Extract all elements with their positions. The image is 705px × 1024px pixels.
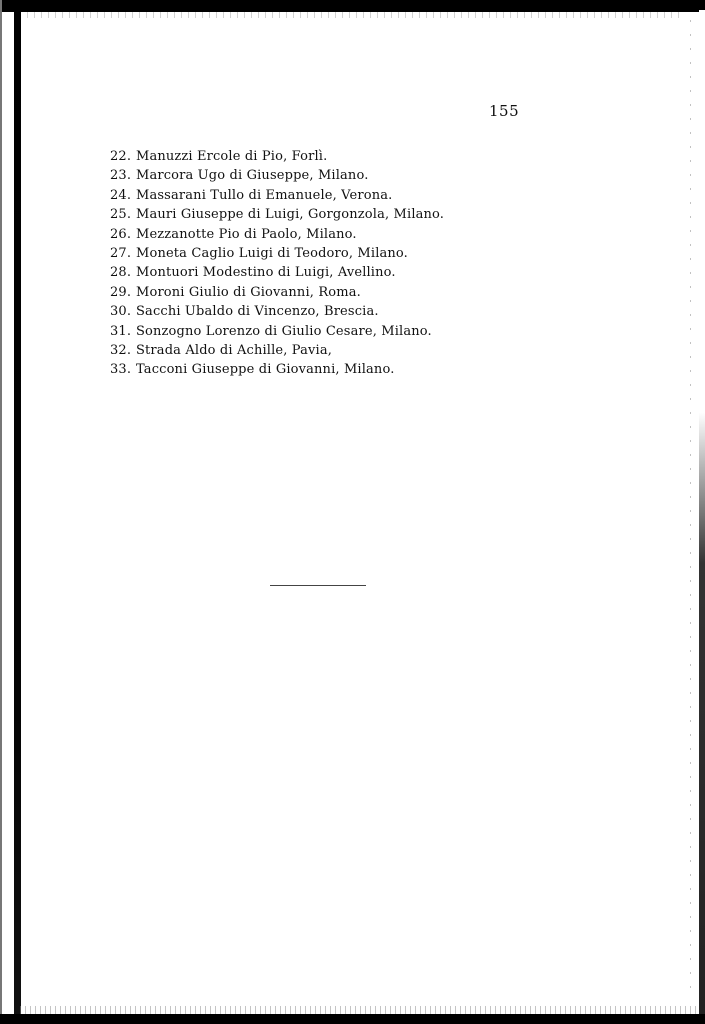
list-item: 26.Mezzanotte Pio di Paolo, Milano. bbox=[110, 225, 444, 244]
entry-text: Moroni Giulio di Giovanni, Roma. bbox=[136, 285, 361, 300]
section-separator-rule bbox=[270, 585, 366, 586]
entry-text: Marcora Ugo di Giuseppe, Milano. bbox=[136, 168, 369, 183]
list-item: 25.Mauri Giuseppe di Luigi, Gorgonzola, … bbox=[110, 205, 444, 224]
entry-text: Massarani Tullo di Emanuele, Verona. bbox=[136, 188, 392, 203]
list-item: 29.Moroni Giulio di Giovanni, Roma. bbox=[110, 283, 444, 302]
page-edge-right bbox=[699, 10, 705, 1016]
book-spine-shadow bbox=[14, 10, 21, 1016]
list-item: 33.Tacconi Giuseppe di Giovanni, Milano. bbox=[110, 360, 444, 379]
entry-number: 27. bbox=[110, 244, 136, 263]
entry-number: 22. bbox=[110, 147, 136, 166]
scan-border-top bbox=[0, 0, 705, 12]
scan-noise-bottom bbox=[20, 1006, 700, 1014]
entry-text: Strada Aldo di Achille, Pavia, bbox=[136, 343, 332, 358]
page-number: 155 bbox=[489, 102, 519, 120]
list-item: 24.Massarani Tullo di Emanuele, Verona. bbox=[110, 186, 444, 205]
entry-number: 24. bbox=[110, 186, 136, 205]
entry-number: 29. bbox=[110, 283, 136, 302]
name-list: 22.Manuzzi Ercole di Pio, Forlì. 23.Marc… bbox=[110, 147, 444, 380]
entry-text: Tacconi Giuseppe di Giovanni, Milano. bbox=[136, 362, 395, 377]
entry-number: 26. bbox=[110, 225, 136, 244]
entry-text: Montuori Modestino di Luigi, Avellino. bbox=[136, 265, 396, 280]
entry-number: 33. bbox=[110, 360, 136, 379]
list-item: 30.Sacchi Ubaldo di Vincenzo, Brescia. bbox=[110, 302, 444, 321]
entry-number: 32. bbox=[110, 341, 136, 360]
scan-noise-right bbox=[690, 20, 691, 1000]
list-item: 23.Marcora Ugo di Giuseppe, Milano. bbox=[110, 166, 444, 185]
entry-text: Sonzogno Lorenzo di Giulio Cesare, Milan… bbox=[136, 324, 432, 339]
list-item: 31.Sonzogno Lorenzo di Giulio Cesare, Mi… bbox=[110, 322, 444, 341]
entry-number: 23. bbox=[110, 166, 136, 185]
entry-number: 30. bbox=[110, 302, 136, 321]
entry-text: Manuzzi Ercole di Pio, Forlì. bbox=[136, 149, 327, 164]
list-item: 28.Montuori Modestino di Luigi, Avellino… bbox=[110, 263, 444, 282]
scan-border-bottom bbox=[0, 1014, 705, 1024]
entry-text: Mauri Giuseppe di Luigi, Gorgonzola, Mil… bbox=[136, 207, 444, 222]
list-item: 27.Moneta Caglio Luigi di Teodoro, Milan… bbox=[110, 244, 444, 263]
entry-number: 25. bbox=[110, 205, 136, 224]
entry-number: 28. bbox=[110, 263, 136, 282]
entry-text: Mezzanotte Pio di Paolo, Milano. bbox=[136, 227, 357, 242]
list-item: 32.Strada Aldo di Achille, Pavia, bbox=[110, 341, 444, 360]
list-item: 22.Manuzzi Ercole di Pio, Forlì. bbox=[110, 147, 444, 166]
scan-noise-top bbox=[20, 12, 680, 18]
scan-edge-left bbox=[0, 0, 2, 1024]
entry-number: 31. bbox=[110, 322, 136, 341]
entry-text: Moneta Caglio Luigi di Teodoro, Milano. bbox=[136, 246, 408, 261]
entry-text: Sacchi Ubaldo di Vincenzo, Brescia. bbox=[136, 304, 379, 319]
